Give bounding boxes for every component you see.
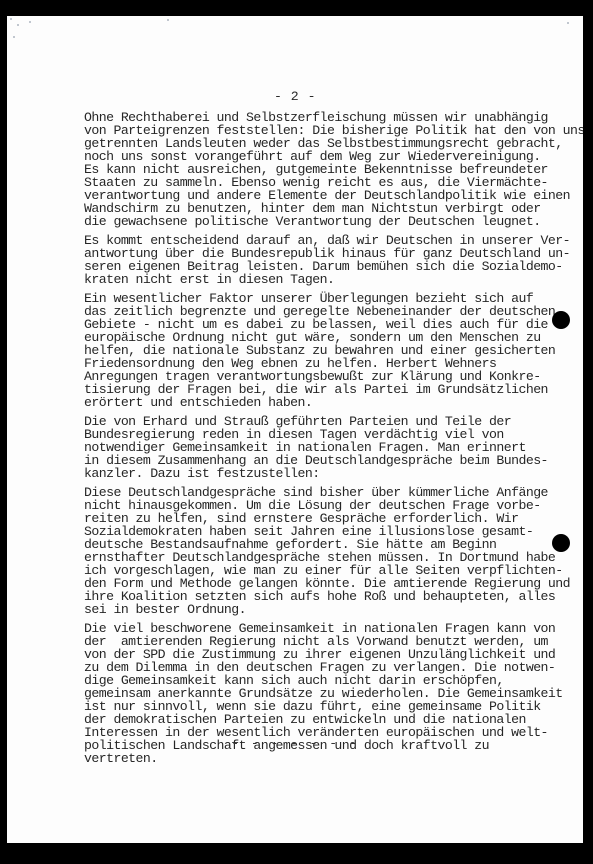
page-number: - 2 - (7, 89, 583, 104)
text-line: kraten nicht erst in diesen Tagen. (84, 273, 564, 286)
paragraph-1: Ohne Rechthaberei und Selbstzerfleischun… (84, 111, 564, 228)
paragraph-4: Die von Erhard und Strauß geführten Part… (84, 415, 564, 480)
text-line: kanzler. Dazu ist festzustellen: (84, 467, 564, 480)
document-page: - 2 - Ohne Rechthaberei und Selbstzerfle… (7, 16, 583, 843)
text-line: erörtert und entschieden haben. (84, 396, 564, 409)
end-separator: - - - - - - - (7, 736, 583, 751)
punch-hole-top (552, 311, 570, 329)
text-line: die gewachsene politische Verantwortung … (84, 215, 564, 228)
scan-speckle (10, 18, 12, 20)
scan-speckle (167, 19, 169, 21)
scan-speckle (29, 21, 31, 23)
paragraph-2: Es kommt entscheidend darauf an, daß wir… (84, 234, 564, 286)
scan-speckle (13, 36, 15, 38)
text-line: vertreten. (84, 752, 564, 765)
paragraph-5: Diese Deutschlandgespräche sind bisher ü… (84, 486, 564, 616)
body-text: Ohne Rechthaberei und Selbstzerfleischun… (84, 111, 564, 771)
paragraph-3: Ein wesentlicher Faktor unserer Überlegu… (84, 292, 564, 409)
text-line: sei in bester Ordnung. (84, 603, 564, 616)
punch-hole-bottom (552, 534, 570, 552)
scan-speckle (567, 22, 569, 24)
scan-speckle (17, 24, 19, 26)
